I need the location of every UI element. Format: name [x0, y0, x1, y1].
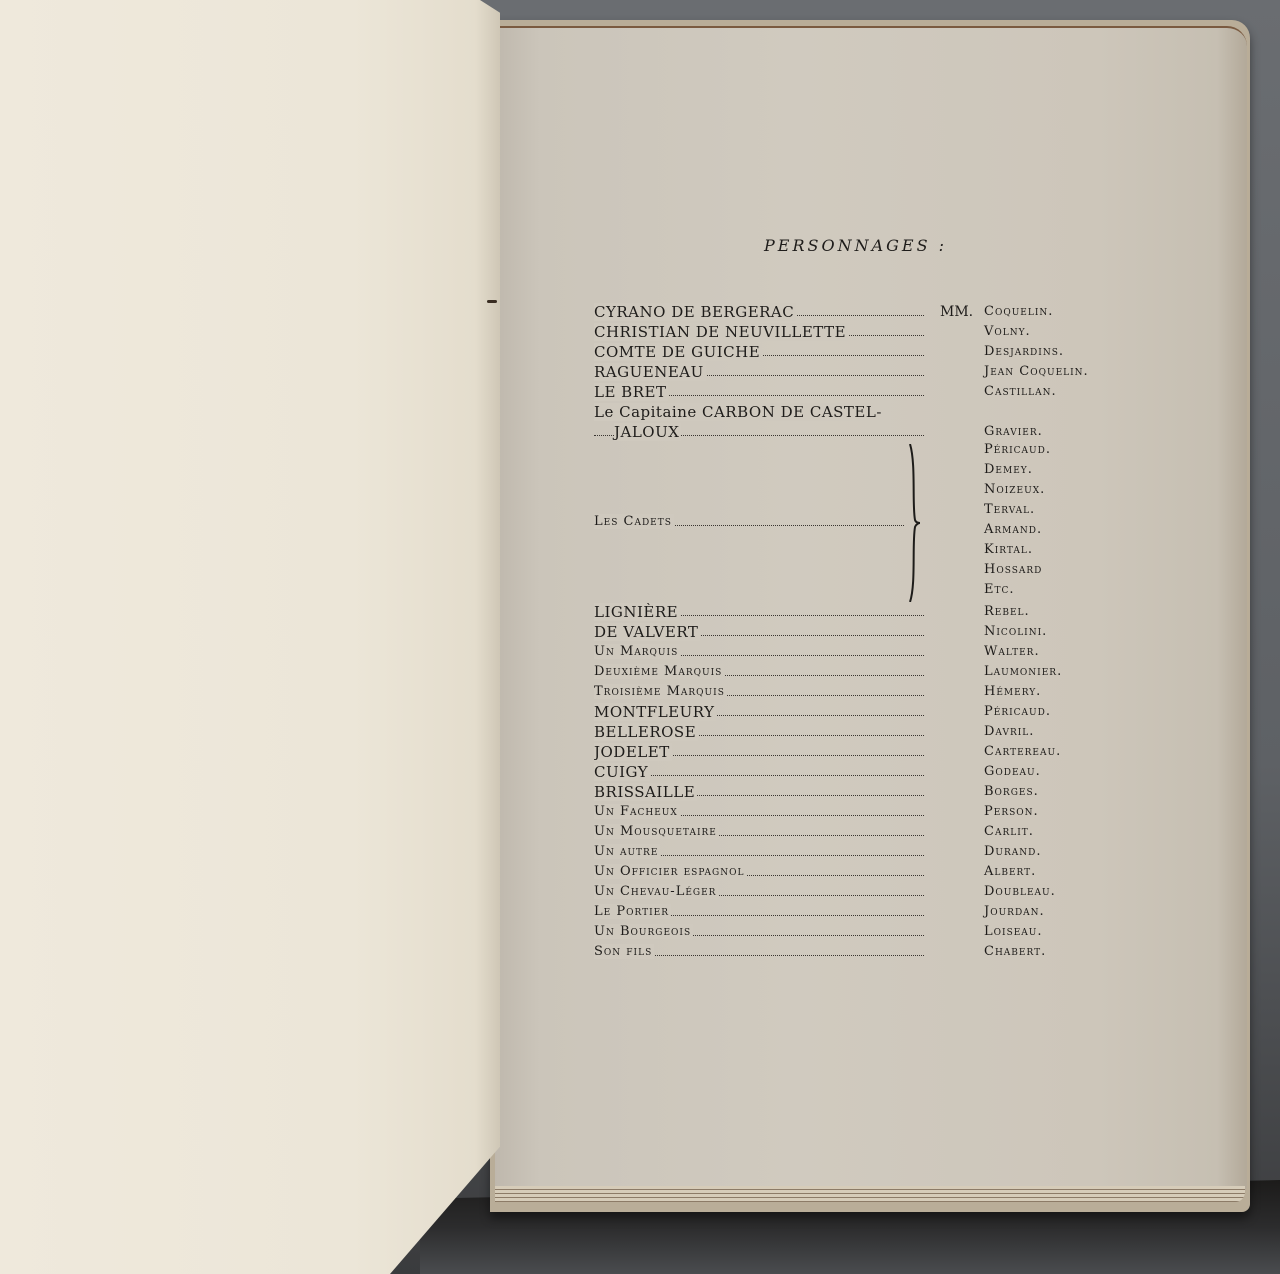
actor-name: Armand. [984, 522, 1042, 537]
role-name: CYRANO DE BERGERAC [594, 303, 796, 321]
cast-row: RAGUENEAU Jean Coquelin. [594, 362, 1134, 382]
actor-name: Gravier. [984, 422, 1043, 442]
actor-name: Castillan. [984, 382, 1057, 402]
actor-name: Nicolini. [984, 622, 1047, 642]
role-name: Un Chevau-Léger [594, 884, 718, 899]
actor-name: Péricaud. [984, 702, 1051, 722]
actor-name: Laumonier. [984, 662, 1062, 682]
cast-row: Un FacheuxPerson. [594, 802, 1134, 822]
actor-name: Volny. [984, 322, 1031, 342]
cast-row: CUIGYGodeau. [594, 762, 1134, 782]
role-name: MONTFLEURY [594, 703, 716, 721]
role-name: RAGUENEAU [594, 363, 706, 381]
actor-name: Godeau. [984, 762, 1041, 782]
actor-name: Davril. [984, 722, 1034, 742]
role-name: Son fils [594, 944, 654, 959]
brace-icon [906, 444, 922, 602]
actor-name: Jean Coquelin. [984, 362, 1089, 382]
actor-name: Noizeux. [984, 482, 1045, 497]
cast-row: Un BourgeoisLoiseau. [594, 922, 1134, 942]
cast-row: COMTE DE GUICHE Desjardins. [594, 342, 1134, 362]
actor-name: Jourdan. [984, 902, 1045, 922]
cast-row: BRISSAILLEBorges. [594, 782, 1134, 802]
role-name: JALOUX [614, 423, 681, 441]
left-page-blank [0, 0, 500, 1274]
page-mark [487, 300, 497, 303]
role-name: Un Bourgeois [594, 924, 693, 939]
actor-name: Hossard [984, 562, 1042, 577]
cast-row: JODELETCartereau. [594, 742, 1134, 762]
actor-name: Person. [984, 802, 1039, 822]
cast-row: CYRANO DE BERGERAC MM. Coquelin. [594, 302, 1134, 322]
cast-row: Deuxième MarquisLaumonier. [594, 662, 1134, 682]
cast-row: CHRISTIAN DE NEUVILLETTE Volny. [594, 322, 1134, 342]
role-name: Deuxième Marquis [594, 664, 724, 679]
cast-row: DE VALVERTNicolini. [594, 622, 1134, 642]
role-name: Le Portier [594, 904, 671, 919]
cast-row: Son filsChabert. [594, 942, 1134, 962]
mm-label: MM. [940, 302, 973, 322]
actor-name: Walter. [984, 642, 1040, 662]
cast-row: Le Capitaine CARBON DE CASTEL- [594, 402, 1134, 422]
role-name: LE BRET [594, 383, 668, 401]
actor-name: Carlit. [984, 822, 1034, 842]
cast-row: BELLEROSEDavril. [594, 722, 1134, 742]
page-edges [495, 1186, 1245, 1202]
cast-row: MONTFLEURYPéricaud. [594, 702, 1134, 722]
cast-row: Les Cadets [594, 512, 924, 532]
actor-name: Desjardins. [984, 342, 1064, 362]
cadets-group: Les Cadets Péricaud. Demey. Noizeux. Ter… [594, 442, 1134, 602]
actor-name: Hémery. [984, 682, 1041, 702]
actor-name: Loiseau. [984, 922, 1043, 942]
cast-row: LIGNIÈRERebel. [594, 602, 1134, 622]
cast-row: Un autreDurand. [594, 842, 1134, 862]
page-title: PERSONNAGES : [764, 236, 947, 255]
role-name: COMTE DE GUICHE [594, 343, 762, 361]
actor-name: Doubleau. [984, 882, 1056, 902]
role-name: JODELET [594, 743, 672, 761]
role-name: CUIGY [594, 763, 650, 781]
role-name: Le Capitaine CARBON DE CASTEL- [594, 403, 884, 421]
actor-name: Demey. [984, 462, 1033, 477]
actor-name: Rebel. [984, 602, 1030, 622]
cast-row: Un Chevau-LégerDoubleau. [594, 882, 1134, 902]
role-name: Un Officier espagnol [594, 864, 746, 879]
cast-row: LE BRET Castillan. [594, 382, 1134, 402]
cast-row: Le PortierJourdan. [594, 902, 1134, 922]
cast-row: Un Officier espagnolAlbert. [594, 862, 1134, 882]
cast-list: CYRANO DE BERGERAC MM. Coquelin. CHRISTI… [594, 302, 1134, 962]
actor-name: Albert. [984, 862, 1036, 882]
actor-name: Chabert. [984, 942, 1046, 962]
actor-name: Durand. [984, 842, 1042, 862]
cast-row: JALOUX Gravier. [594, 422, 1134, 442]
role-name: BELLEROSE [594, 723, 698, 741]
actor-name: Terval. [984, 502, 1035, 517]
role-name: Un Facheux [594, 804, 680, 819]
role-name: Un Mousquetaire [594, 824, 719, 839]
actor-name: Cartereau. [984, 742, 1061, 762]
role-name: Un autre [594, 844, 660, 859]
role-name: Les Cadets [594, 514, 674, 529]
actor-name: Borges. [984, 782, 1039, 802]
cast-row: Un MarquisWalter. [594, 642, 1134, 662]
role-name: Troisième Marquis [594, 684, 727, 699]
actor-name: Coquelin. [984, 302, 1053, 322]
role-name: DE VALVERT [594, 623, 700, 641]
role-name: Un Marquis [594, 644, 680, 659]
cast-row: Un MousquetaireCarlit. [594, 822, 1134, 842]
cast-row: Troisième MarquisHémery. [594, 682, 1134, 702]
actor-name: Etc. [984, 582, 1015, 597]
actor-name: Kirtal. [984, 542, 1033, 557]
role-name: CHRISTIAN DE NEUVILLETTE [594, 323, 848, 341]
role-name: BRISSAILLE [594, 783, 697, 801]
actor-name: Péricaud. [984, 442, 1051, 457]
role-name: LIGNIÈRE [594, 603, 680, 621]
